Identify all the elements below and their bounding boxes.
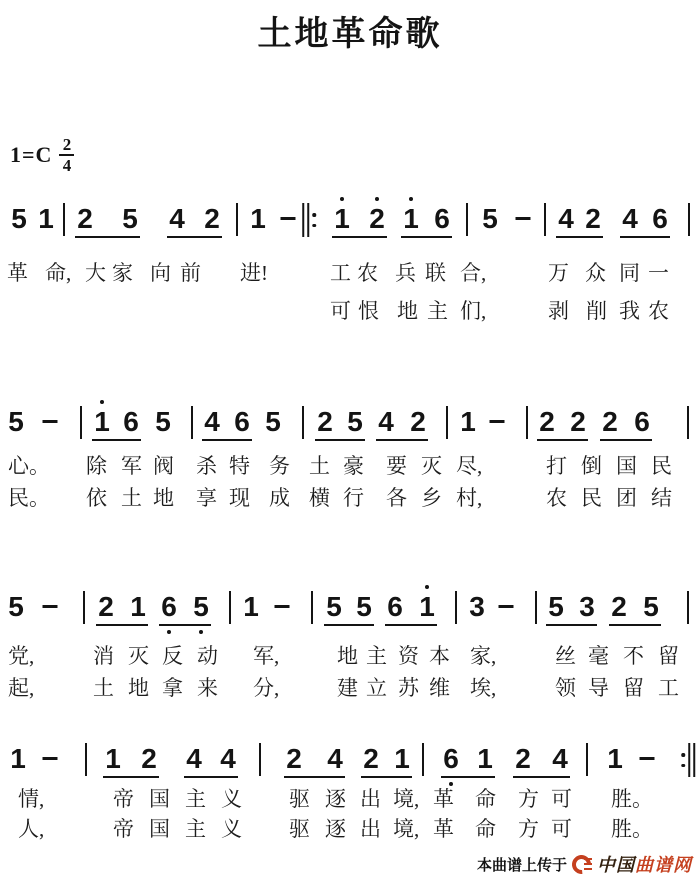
eighth-beam-underline xyxy=(324,624,374,626)
lyric-syllable: 行 xyxy=(343,487,364,510)
lyric-syllable: 依 xyxy=(86,487,107,510)
lyric-syllable: 消 xyxy=(93,645,114,668)
lyric-syllable: 豪 xyxy=(343,455,364,478)
lyric-syllable: 可 xyxy=(551,788,572,811)
lyric-syllable: 胜。 xyxy=(611,788,653,811)
barline xyxy=(259,743,261,776)
lyric-syllable: 逐 xyxy=(325,788,346,811)
lyric-syllable: 起, xyxy=(8,677,34,700)
watermark: 本曲谱上传于 中国曲谱网 xyxy=(477,851,692,877)
music-note: 5 xyxy=(122,205,138,233)
eighth-beam-underline xyxy=(441,776,495,778)
barline xyxy=(544,203,546,236)
barline xyxy=(229,591,231,624)
lyric-syllable: 主 xyxy=(185,818,206,841)
lyric-syllable: 心。 xyxy=(8,455,50,478)
music-note: 5 xyxy=(265,408,281,436)
music-note: 2 xyxy=(570,408,586,436)
lyric-syllable: 埃, xyxy=(470,677,496,700)
barline xyxy=(311,591,313,624)
lyric-syllable: 拿 xyxy=(162,677,183,700)
lyric-syllable: 除 xyxy=(86,455,107,478)
music-note: 1 xyxy=(419,593,435,621)
music-note: 1 xyxy=(130,593,146,621)
octave-dot-low xyxy=(199,630,203,634)
half-note-dash xyxy=(281,217,296,220)
eighth-beam-underline xyxy=(167,236,222,238)
barline xyxy=(687,591,689,624)
half-note-dash xyxy=(516,217,531,220)
lyric-syllable: 方 xyxy=(518,788,539,811)
lyric-syllable: 恨 xyxy=(358,300,379,323)
lyric-syllable: 合, xyxy=(460,262,486,285)
eighth-beam-underline xyxy=(96,624,148,626)
music-note: 2 xyxy=(539,408,555,436)
music-note: 1 xyxy=(403,205,419,233)
repeat-end-sign xyxy=(681,743,695,777)
lyric-syllable: 结 xyxy=(651,487,672,510)
eighth-beam-underline xyxy=(513,776,570,778)
lyric-syllable: 家 xyxy=(112,262,133,285)
music-note: 6 xyxy=(443,745,459,773)
music-note: 5 xyxy=(8,408,24,436)
lyric-syllable: 削 xyxy=(586,300,607,323)
music-note: 1 xyxy=(94,408,110,436)
music-note: 4 xyxy=(558,205,574,233)
lyric-syllable: 丝 xyxy=(555,645,576,668)
lyric-syllable: 动 xyxy=(197,645,218,668)
music-note: 2 xyxy=(515,745,531,773)
lyric-syllable: 反 xyxy=(162,645,183,668)
music-note: 4 xyxy=(378,408,394,436)
eighth-beam-underline xyxy=(600,439,652,441)
music-note: 4 xyxy=(169,205,185,233)
octave-dot-high xyxy=(100,400,104,404)
music-note: 5 xyxy=(643,593,659,621)
lyric-syllable: 苏 xyxy=(398,677,419,700)
lyric-syllable: 方 xyxy=(518,818,539,841)
barline xyxy=(302,406,304,439)
meter-denominator: 4 xyxy=(63,157,72,174)
lyric-syllable: 不 xyxy=(623,645,644,668)
eighth-beam-underline xyxy=(332,236,387,238)
lyric-syllable: 们, xyxy=(460,300,486,323)
lyric-syllable: 团 xyxy=(616,487,637,510)
lyric-syllable: 大 xyxy=(85,262,106,285)
lyric-syllable: 毫 xyxy=(588,645,609,668)
music-note: 4 xyxy=(552,745,568,773)
lyric-syllable: 分, xyxy=(253,677,279,700)
lyric-syllable: 万 xyxy=(548,262,569,285)
music-note: 1 xyxy=(250,205,266,233)
eighth-beam-underline xyxy=(159,624,211,626)
music-note: 2 xyxy=(204,205,220,233)
music-note: 1 xyxy=(394,745,410,773)
lyric-syllable: 党, xyxy=(8,645,34,668)
lyric-syllable: 民 xyxy=(581,487,602,510)
lyric-syllable: 帝 xyxy=(113,818,134,841)
half-note-dash xyxy=(490,420,505,423)
lyric-syllable: 土 xyxy=(93,677,114,700)
eighth-beam-underline xyxy=(385,624,437,626)
lyric-syllable: 众 xyxy=(585,262,606,285)
eighth-beam-underline xyxy=(284,776,345,778)
half-note-dash xyxy=(43,420,58,423)
lyric-syllable: 特 xyxy=(229,455,250,478)
music-note: 6 xyxy=(161,593,177,621)
lyric-syllable: 义 xyxy=(221,788,242,811)
music-note: 5 xyxy=(193,593,209,621)
octave-dot-low xyxy=(449,782,453,786)
lyric-syllable: 军 xyxy=(121,455,142,478)
barline xyxy=(422,743,424,776)
music-note: 5 xyxy=(326,593,342,621)
music-note: 4 xyxy=(220,745,236,773)
lyric-syllable: 义 xyxy=(221,818,242,841)
lyric-syllable: 本 xyxy=(429,645,450,668)
music-note: 6 xyxy=(652,205,668,233)
octave-dot-high xyxy=(409,197,413,201)
music-note: 2 xyxy=(585,205,601,233)
music-note: 1 xyxy=(460,408,476,436)
lyric-syllable: 倒 xyxy=(581,455,602,478)
half-note-dash xyxy=(640,757,655,760)
lyric-syllable: 现 xyxy=(229,487,250,510)
tonality-label: 1=C xyxy=(10,142,52,168)
barline xyxy=(446,406,448,439)
eighth-beam-underline xyxy=(401,236,452,238)
barline xyxy=(466,203,468,236)
lyric-syllable: 工 xyxy=(330,262,351,285)
lyric-syllable: 民 xyxy=(651,455,672,478)
lyric-syllable: 国 xyxy=(616,455,637,478)
song-title: 土地革命歌 xyxy=(0,6,700,55)
eighth-beam-underline xyxy=(75,236,140,238)
lyric-syllable: 乡 xyxy=(421,487,442,510)
music-note: 5 xyxy=(482,205,498,233)
half-note-dash xyxy=(43,757,58,760)
watermark-uploaded-text: 本曲谱上传于 xyxy=(477,854,567,875)
eighth-beam-underline xyxy=(609,624,661,626)
lyric-syllable: 地 xyxy=(397,300,418,323)
music-note: 2 xyxy=(98,593,114,621)
lyric-syllable: 革 xyxy=(433,818,454,841)
lyric-syllable: 务 xyxy=(269,455,290,478)
eighth-beam-underline xyxy=(376,439,428,441)
lyric-syllable: 向 xyxy=(150,262,171,285)
barline xyxy=(63,203,65,236)
lyric-syllable: 出 xyxy=(360,788,381,811)
octave-dot-high xyxy=(425,585,429,589)
lyric-syllable: 同 xyxy=(619,262,640,285)
music-note: 4 xyxy=(186,745,202,773)
barline xyxy=(586,743,588,776)
music-note: 1 xyxy=(334,205,350,233)
music-note: 6 xyxy=(434,205,450,233)
lyric-syllable: 境, xyxy=(393,818,419,841)
music-note: 1 xyxy=(477,745,493,773)
site-name-red: 曲谱网 xyxy=(635,855,692,875)
lyric-syllable: 留 xyxy=(658,645,679,668)
music-note: 2 xyxy=(369,205,385,233)
eighth-beam-underline xyxy=(184,776,238,778)
lyric-syllable: 家, xyxy=(470,645,496,668)
barline xyxy=(236,203,238,236)
lyric-syllable: 革 xyxy=(433,788,454,811)
repeat-begin-sign xyxy=(302,203,316,237)
lyric-syllable: 剥 xyxy=(548,300,569,323)
lyric-syllable: 胜。 xyxy=(611,818,653,841)
lyric-syllable: 工 xyxy=(658,677,679,700)
music-note: 6 xyxy=(634,408,650,436)
lyric-syllable: 地 xyxy=(128,677,149,700)
lyric-syllable: 可 xyxy=(330,300,351,323)
music-note: 6 xyxy=(234,408,250,436)
half-note-dash xyxy=(499,605,514,608)
barline xyxy=(526,406,528,439)
time-signature: 2 4 xyxy=(59,136,74,174)
music-note: 1 xyxy=(607,745,623,773)
eighth-beam-underline xyxy=(92,439,141,441)
lyric-syllable: 享 xyxy=(196,487,217,510)
music-note: 5 xyxy=(548,593,564,621)
eighth-beam-underline xyxy=(103,776,159,778)
music-note: 3 xyxy=(469,593,485,621)
lyric-syllable: 杀 xyxy=(196,455,217,478)
music-note: 2 xyxy=(410,408,426,436)
lyric-syllable: 导 xyxy=(588,677,609,700)
lyric-syllable: 境, xyxy=(393,788,419,811)
lyric-syllable: 主 xyxy=(366,645,387,668)
music-note: 2 xyxy=(363,745,379,773)
eighth-beam-underline xyxy=(556,236,603,238)
lyric-syllable: 可 xyxy=(551,818,572,841)
barline xyxy=(85,743,87,776)
lyric-syllable: 我 xyxy=(619,300,640,323)
eighth-beam-underline xyxy=(620,236,670,238)
lyric-syllable: 成 xyxy=(269,487,290,510)
meter-numerator: 2 xyxy=(63,136,72,153)
lyric-syllable: 主 xyxy=(185,788,206,811)
lyric-syllable: 建 xyxy=(337,677,358,700)
eighth-beam-underline xyxy=(546,624,597,626)
lyric-syllable: 命 xyxy=(475,818,496,841)
site-name: 中国曲谱网 xyxy=(597,851,692,877)
lyric-syllable: 阀 xyxy=(153,455,174,478)
eighth-beam-underline xyxy=(315,439,365,441)
lyric-syllable: 打 xyxy=(546,455,567,478)
music-note: 1 xyxy=(10,745,26,773)
music-note: 1 xyxy=(38,205,54,233)
lyric-syllable: 军, xyxy=(253,645,279,668)
lyric-syllable: 地 xyxy=(153,487,174,510)
lyric-syllable: 命, xyxy=(45,262,71,285)
music-note: 5 xyxy=(11,205,27,233)
lyric-syllable: 兵 xyxy=(395,262,416,285)
lyric-syllable: 来 xyxy=(197,677,218,700)
lyric-syllable: 命 xyxy=(475,788,496,811)
barline xyxy=(83,591,85,624)
lyric-syllable: 维 xyxy=(429,677,450,700)
music-note: 1 xyxy=(243,593,259,621)
lyric-syllable: 驱 xyxy=(289,788,310,811)
lyric-syllable: 主 xyxy=(427,300,448,323)
music-note: 6 xyxy=(387,593,403,621)
music-note: 4 xyxy=(204,408,220,436)
lyric-syllable: 各 xyxy=(386,487,407,510)
octave-dot-low xyxy=(167,630,171,634)
music-note: 2 xyxy=(317,408,333,436)
lyric-syllable: 农 xyxy=(357,262,378,285)
lyric-syllable: 出 xyxy=(360,818,381,841)
music-note: 3 xyxy=(579,593,595,621)
eighth-beam-underline xyxy=(361,776,412,778)
music-note: 4 xyxy=(327,745,343,773)
lyric-syllable: 逐 xyxy=(325,818,346,841)
lyric-syllable: 农 xyxy=(546,487,567,510)
music-note: 6 xyxy=(123,408,139,436)
lyric-syllable: 土 xyxy=(121,487,142,510)
music-note: 5 xyxy=(356,593,372,621)
lyric-syllable: 情, xyxy=(18,788,44,811)
music-note: 2 xyxy=(77,205,93,233)
lyric-syllable: 要 xyxy=(386,455,407,478)
music-note: 2 xyxy=(611,593,627,621)
octave-dot-high xyxy=(375,197,379,201)
barline xyxy=(80,406,82,439)
lyric-syllable: 领 xyxy=(555,677,576,700)
lyric-syllable: 立 xyxy=(366,677,387,700)
lyric-syllable: 尽, xyxy=(456,455,482,478)
lyric-syllable: 前 xyxy=(180,262,201,285)
lyric-syllable: 人, xyxy=(18,818,44,841)
lyric-syllable: 一 xyxy=(648,262,669,285)
lyric-syllable: 国 xyxy=(149,818,170,841)
lyric-syllable: 横 xyxy=(309,487,330,510)
music-note: 2 xyxy=(141,745,157,773)
eighth-beam-underline xyxy=(202,439,252,441)
lyric-syllable: 驱 xyxy=(289,818,310,841)
lyric-syllable: 留 xyxy=(623,677,644,700)
half-note-dash xyxy=(275,605,290,608)
lyric-syllable: 民。 xyxy=(8,487,50,510)
music-note: 1 xyxy=(105,745,121,773)
lyric-syllable: 进! xyxy=(240,262,268,285)
lyric-syllable: 联 xyxy=(425,262,446,285)
eighth-beam-underline xyxy=(537,439,588,441)
site-logo-icon xyxy=(572,855,592,874)
half-note-dash xyxy=(43,605,58,608)
lyric-syllable: 帝 xyxy=(113,788,134,811)
lyric-syllable: 地 xyxy=(337,645,358,668)
music-note: 2 xyxy=(602,408,618,436)
music-note: 4 xyxy=(622,205,638,233)
lyric-syllable: 革 xyxy=(7,262,28,285)
lyric-syllable: 国 xyxy=(149,788,170,811)
barline xyxy=(535,591,537,624)
barline xyxy=(455,591,457,624)
octave-dot-high xyxy=(340,197,344,201)
lyric-syllable: 资 xyxy=(398,645,419,668)
music-note: 5 xyxy=(8,593,24,621)
music-note: 2 xyxy=(286,745,302,773)
barline xyxy=(191,406,193,439)
lyric-syllable: 村, xyxy=(456,487,482,510)
lyric-syllable: 灭 xyxy=(128,645,149,668)
site-name-dark: 中国 xyxy=(597,855,635,875)
barline xyxy=(687,406,689,439)
key-signature: 1=C 2 4 xyxy=(10,136,74,174)
music-note: 5 xyxy=(155,408,171,436)
lyric-syllable: 土 xyxy=(309,455,330,478)
music-note: 5 xyxy=(347,408,363,436)
lyric-syllable: 农 xyxy=(648,300,669,323)
lyric-syllable: 灭 xyxy=(421,455,442,478)
sheet-music-page: 土地革命歌 1=C 2 4 5125421121654246革命,大家向前进!工… xyxy=(0,0,700,878)
barline xyxy=(688,203,690,236)
